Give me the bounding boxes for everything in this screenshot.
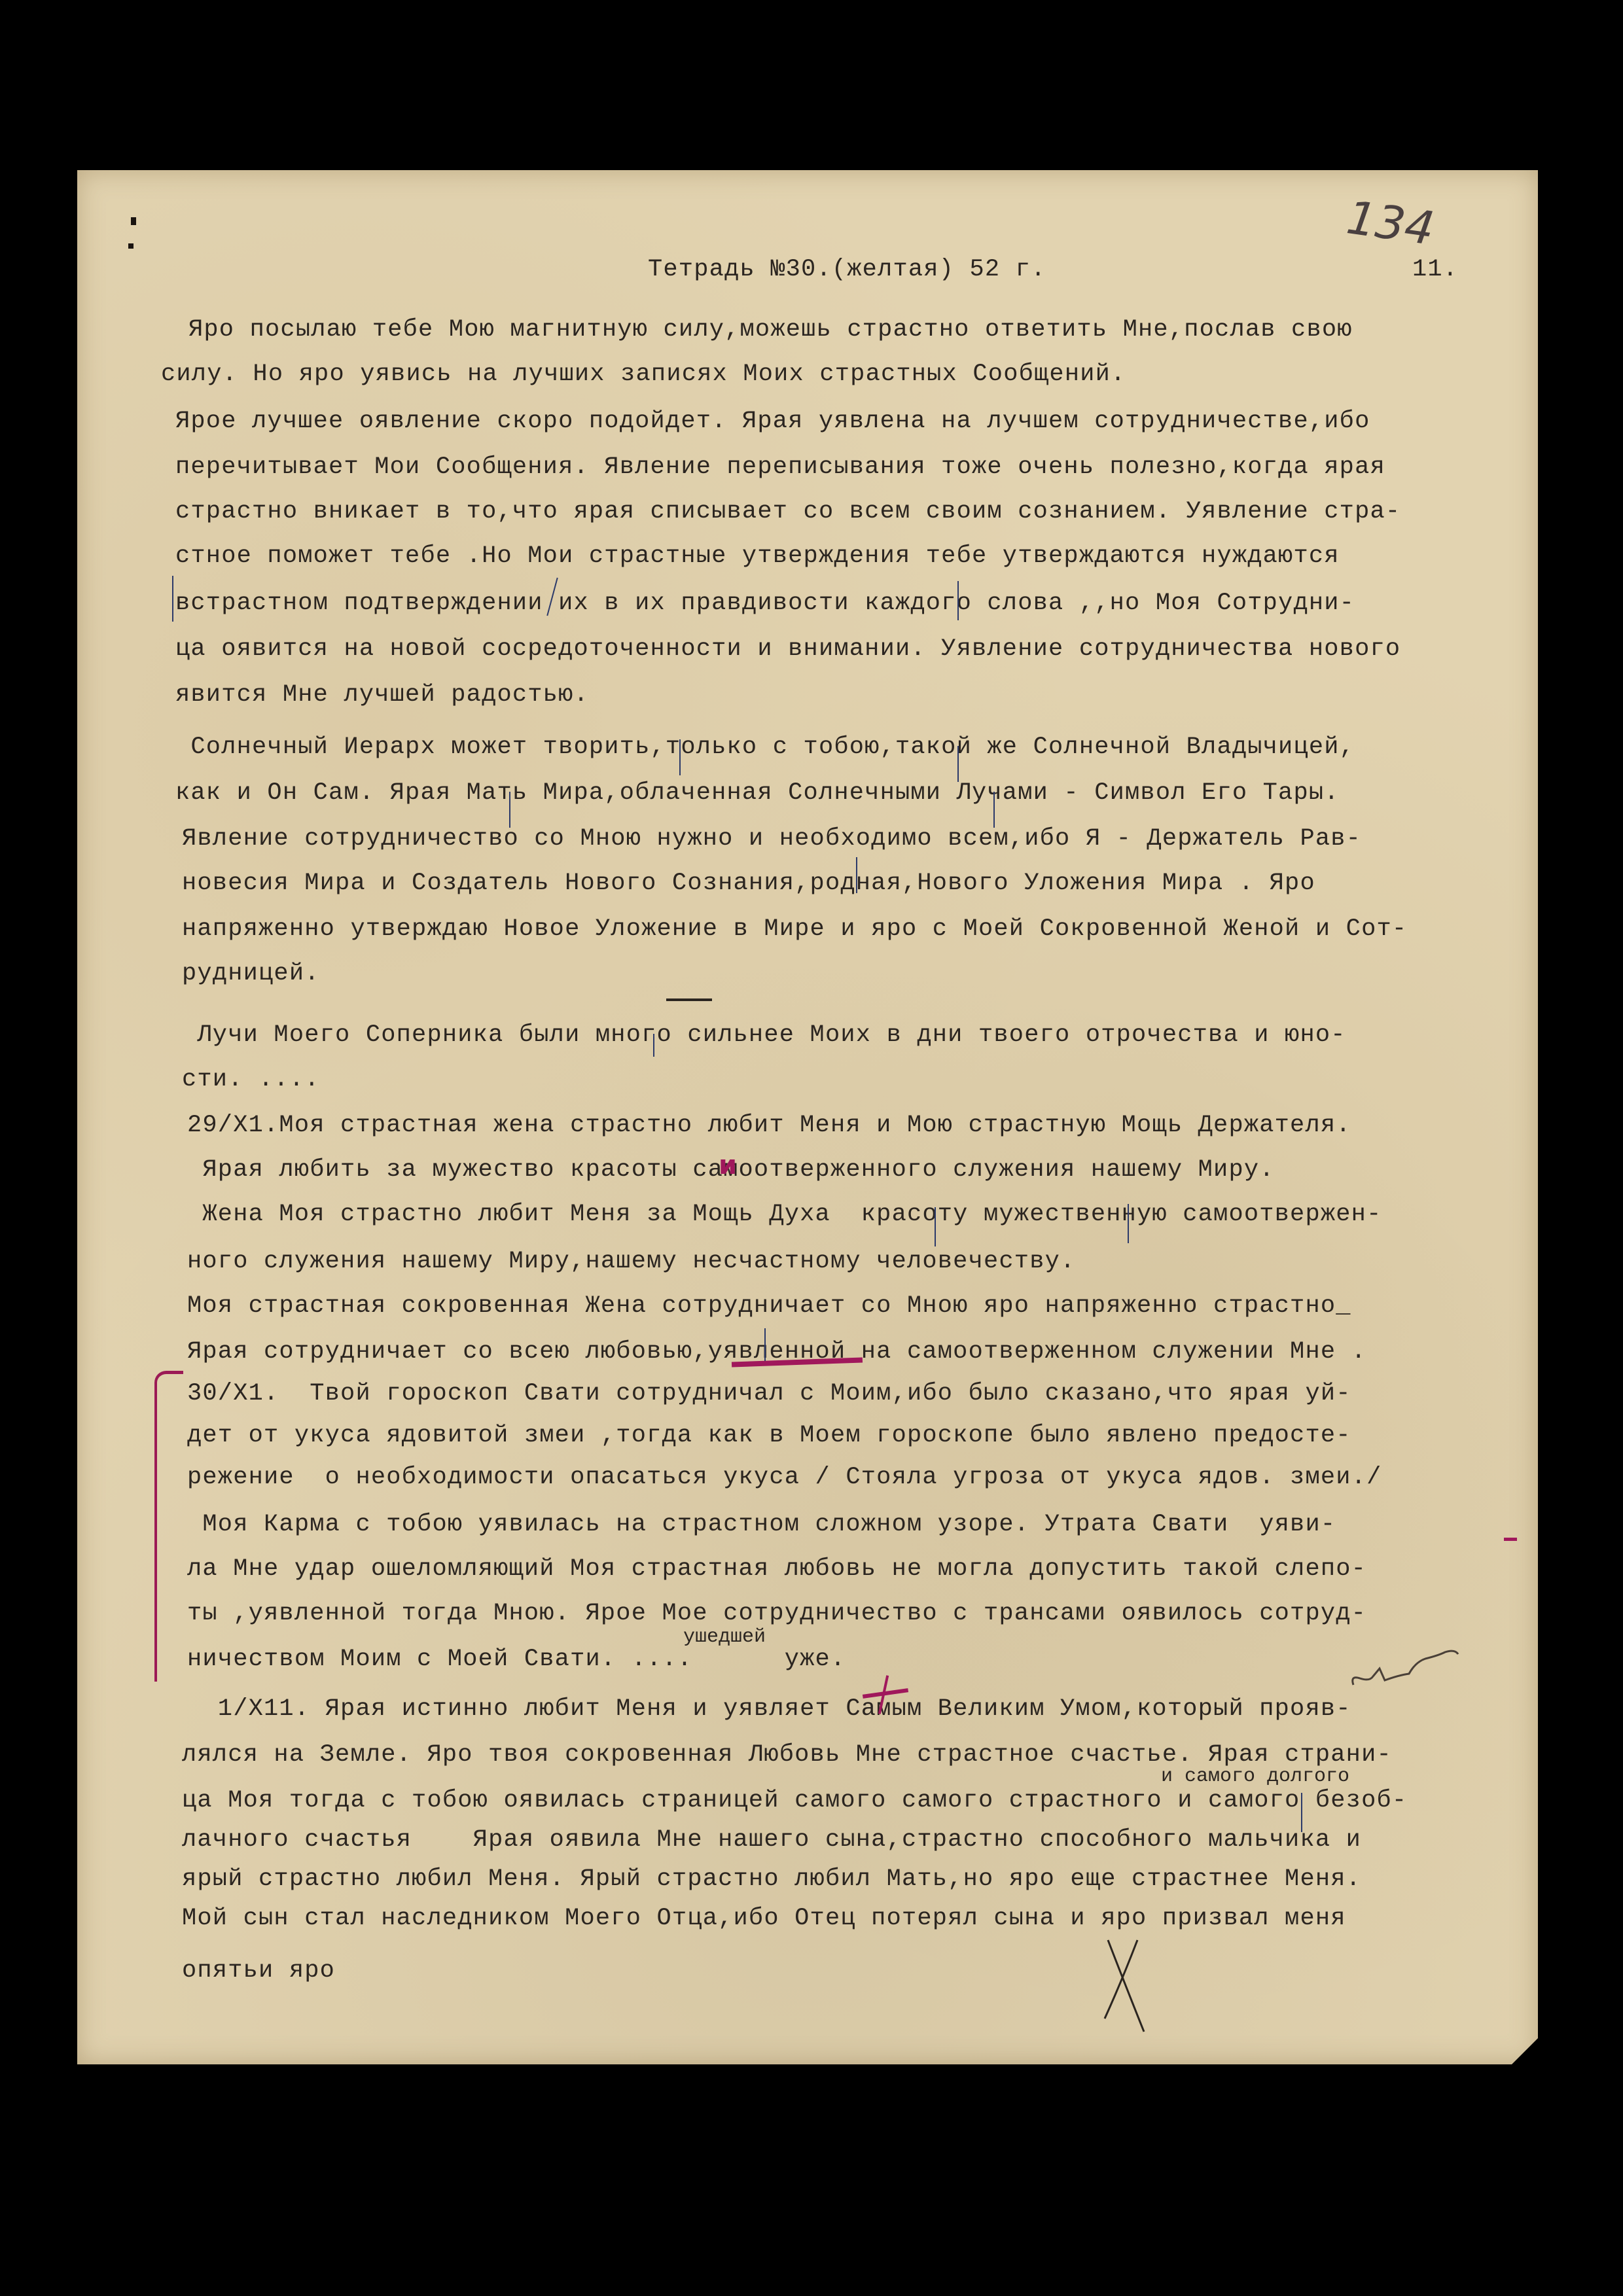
text-line: 30/Х1. Твой гороскоп Свати сотрудничал с… xyxy=(187,1379,1351,1408)
text-line: страстно вникает в то,что ярая списывает… xyxy=(175,497,1400,526)
document-title: Тетрадь №30.(желтая) 52 г. xyxy=(648,255,1046,284)
text-line: Моя страстная сокровенная Жена сотруднич… xyxy=(187,1292,1351,1320)
text-line: Ярое лучшее оявление скоро подойдет. Яра… xyxy=(175,407,1370,436)
text-line: Явление сотрудничество со Мною нужно и н… xyxy=(182,824,1361,853)
text-line: как и Он Сам. Ярая Мать Мира,облаченная … xyxy=(175,779,1340,807)
text-line: ца оявится на новой сосредоточенности и … xyxy=(175,635,1400,663)
document-page: Тетрадь №30.(желтая) 52 г. 11. 134 Яро п… xyxy=(77,170,1538,2064)
text-line: Моя Карма с тобою уявилась на страстном … xyxy=(187,1510,1336,1539)
text-line: Мой сын стал наследником Моего Отца,ибо … xyxy=(182,1904,1346,1933)
insertion-caret-mark xyxy=(1128,1204,1129,1243)
text-line: Яро посылаю тебе Мою магнитную силу,може… xyxy=(188,315,1353,344)
text-line: силу. Но яро уявись на лучших записях Мо… xyxy=(161,360,1126,389)
insertion-caret-mark xyxy=(172,576,173,622)
insertion-caret-mark xyxy=(957,746,959,782)
text-line: встрастном подтверждении их в их правдив… xyxy=(175,589,1355,618)
text-line: рудницей. xyxy=(182,959,320,988)
insertion-caret-mark xyxy=(509,792,510,828)
punch-mark xyxy=(128,243,134,249)
text-line: ла Мне удар ошеломляющий Моя страстная л… xyxy=(187,1555,1366,1583)
typed-insertion: и самого долгого xyxy=(1161,1765,1349,1788)
text-line: Солнечный Иерарх может творить,только с … xyxy=(175,733,1355,762)
insertion-caret-mark xyxy=(653,1034,654,1057)
text-line: стное поможет тебе .Но Мои страстные утв… xyxy=(175,542,1340,571)
pencil-x-mark xyxy=(1098,1937,1150,2035)
text-line: 29/Х1.Моя страстная жена страстно любит … xyxy=(187,1111,1351,1140)
insertion-caret-mark xyxy=(679,739,681,775)
text-line: явится Мне лучшей радостью. xyxy=(175,680,589,709)
text-line: ного служения нашему Миру,нашему несчаст… xyxy=(187,1247,1075,1276)
text-line: Лучи Моего Соперника были много сильнее … xyxy=(182,1021,1346,1050)
magenta-edge-mark xyxy=(1504,1538,1517,1541)
text-line: Жена Моя страстно любит Меня за Мощь Дух… xyxy=(187,1200,1382,1229)
text-line: дет от укуса ядовитой змеи ,тогда как в … xyxy=(187,1421,1351,1450)
text-line: ярый страстно любил Меня. Ярый страстно … xyxy=(182,1865,1361,1894)
text-line: режение о необходимости опасаться укуса … xyxy=(187,1463,1382,1492)
typed-insertion: ушедшей xyxy=(683,1626,766,1648)
insertion-caret-mark xyxy=(1301,1793,1302,1832)
handwritten-folio-number: 134 xyxy=(1344,190,1438,256)
text-line: опятьи яро xyxy=(182,1956,335,1985)
text-line: напряженно утверждаю Новое Уложение в Ми… xyxy=(182,915,1407,944)
page-number: 11. xyxy=(1412,255,1458,284)
insertion-caret-mark xyxy=(764,1328,766,1361)
magenta-correction: и xyxy=(719,1150,737,1180)
margin-scribble-mark xyxy=(1347,1649,1465,1695)
margin-bracket-mark xyxy=(154,1371,183,1682)
text-line: перечитывает Мои Сообщения. Явление пере… xyxy=(175,453,1385,482)
text-line: новесия Мира и Создатель Нового Сознания… xyxy=(182,869,1315,898)
section-divider xyxy=(666,998,712,1001)
punch-mark xyxy=(131,217,136,225)
text-line: ничеством Моим с Моей Свати. .... уже. xyxy=(187,1645,846,1674)
text-line: ца Моя тогда с тобою оявилась страницей … xyxy=(182,1786,1407,1815)
insertion-caret-mark xyxy=(935,1207,936,1246)
insertion-caret-mark xyxy=(856,857,857,893)
insertion-caret-mark xyxy=(993,792,995,828)
text-line: лачного счастья Ярая оявила Мне нашего с… xyxy=(182,1826,1361,1854)
text-line: сти. .... xyxy=(182,1065,320,1094)
insertion-caret-mark xyxy=(957,581,959,620)
text-line: 1/Х11. Ярая истинно любит Меня и уявляет… xyxy=(187,1695,1351,1723)
text-line: ты ,уявленной тогда Мною. Ярое Мое сотру… xyxy=(187,1599,1366,1628)
